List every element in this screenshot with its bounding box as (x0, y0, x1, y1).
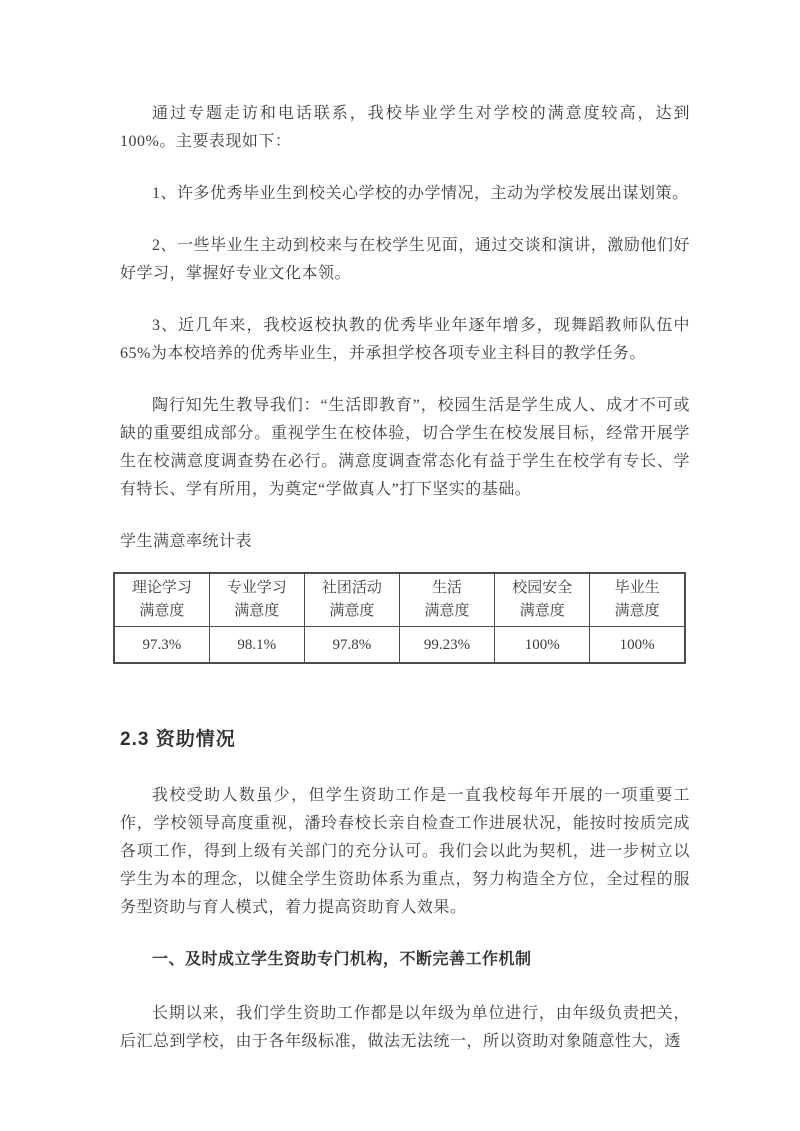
satisfaction-table-value-row: 97.3% 98.1% 97.8% 99.23% 100% 100% (114, 627, 685, 664)
paragraph-intro: 通过专题走访和电话联系，我校毕业学生对学校的满意度较高，达到 100%。主要表现… (120, 100, 690, 156)
paragraph-point-3: 3、近几年来，我校返校执教的优秀毕业年逐年增多，现舞蹈教师队伍中65%为本校培养… (120, 312, 690, 368)
section-heading-funding: 2.3 资助情况 (120, 726, 690, 754)
paragraph-mechanism: 长期以来，我们学生资助工作都是以年级为单位进行，由年级负责把关，后汇总到学校，由… (120, 1000, 690, 1056)
table-header-campus-safety: 校园安全 满意度 (495, 573, 590, 627)
subsection-heading-mechanism: 一、及时成立学生资助专门机构，不断完善工作机制 (120, 946, 690, 974)
table-caption: 学生满意率统计表 (120, 528, 690, 556)
table-value-campus-safety: 100% (495, 627, 590, 664)
satisfaction-table-header-row: 理论学习 满意度 专业学习 满意度 社团活动 满意度 生活 满意度 校园安全 满… (114, 573, 685, 627)
satisfaction-table: 理论学习 满意度 专业学习 满意度 社团活动 满意度 生活 满意度 校园安全 满… (113, 572, 686, 664)
table-value-club-activity: 97.8% (304, 627, 399, 664)
table-header-club-activity: 社团活动 满意度 (304, 573, 399, 627)
table-header-life: 生活 满意度 (399, 573, 494, 627)
paragraph-tao-xingzhi: 陶行知先生教导我们：“生活即教育”，校园生活是学生成人、成才不可或缺的重要组成部… (120, 392, 690, 504)
document-page: 通过专题走访和电话联系，我校毕业学生对学校的满意度较高，达到 100%。主要表现… (0, 0, 800, 1131)
table-header-theory-study: 理论学习 满意度 (114, 573, 209, 627)
table-value-professional-study: 98.1% (209, 627, 304, 664)
table-header-graduate: 毕业生 满意度 (590, 573, 685, 627)
paragraph-funding-overview: 我校受助人数虽少，但学生资助工作是一直我校每年开展的一项重要工作，学校领导高度重… (120, 782, 690, 922)
table-value-graduate: 100% (590, 627, 685, 664)
table-value-life: 99.23% (399, 627, 494, 664)
paragraph-point-1: 1、许多优秀毕业生到校关心学校的办学情况，主动为学校发展出谋划策。 (120, 180, 690, 208)
document-content: 通过专题走访和电话联系，我校毕业学生对学校的满意度较高，达到 100%。主要表现… (120, 100, 690, 1080)
table-value-theory-study: 97.3% (114, 627, 209, 664)
paragraph-point-2: 2、一些毕业生主动到校来与在校学生见面，通过交谈和演讲，激励他们好好学习，掌握好… (120, 232, 690, 288)
table-header-professional-study: 专业学习 满意度 (209, 573, 304, 627)
